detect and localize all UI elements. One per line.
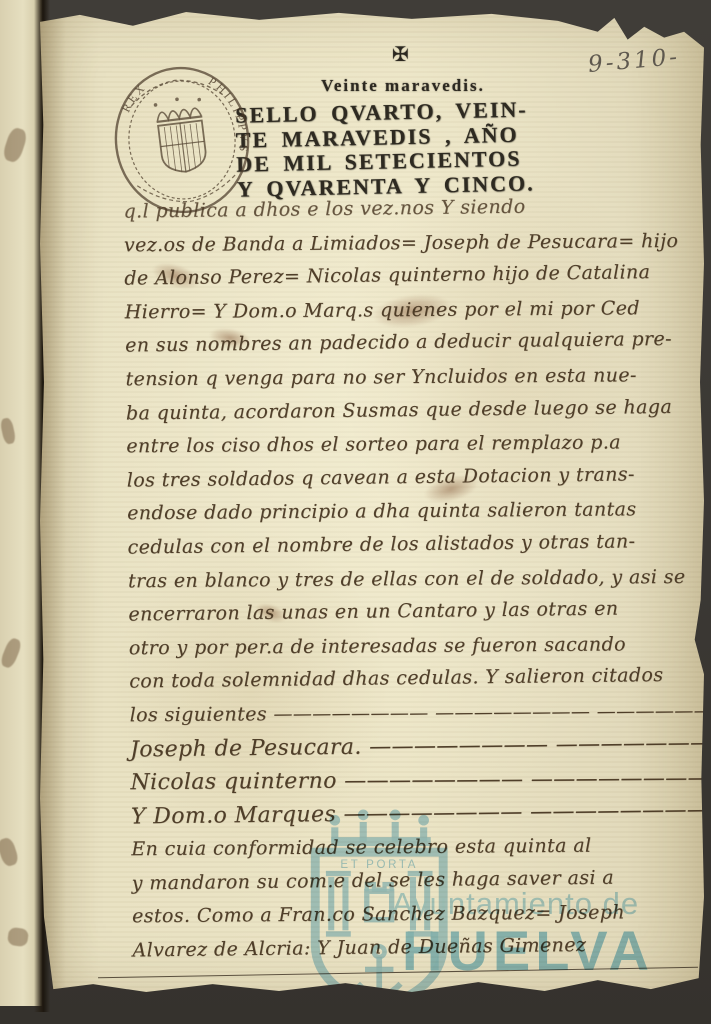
manuscript-line: los siguientes ———————— ———————— ———————… <box>130 695 710 733</box>
manuscript-line: tension q venga para no ser Yncluidos en… <box>125 359 705 397</box>
document-page: 9-310- ✠ Veinte maravedis. SELLO QVARTO,… <box>40 6 704 996</box>
folio-number: 9-310- <box>587 44 681 78</box>
bleedthrough-mark <box>1 126 29 164</box>
bleedthrough-mark <box>7 927 29 948</box>
tax-line: Veinte maravedis. <box>278 76 528 96</box>
manuscript-line: tras en blanco y tres de ellas con el de… <box>128 560 708 598</box>
manuscript-line: endose dado principio a dha quinta salie… <box>127 493 707 531</box>
manuscript-line: Nicolas quinterno ———————— ———————— <box>130 762 710 800</box>
archive-photo-background: 9-310- ✠ Veinte maravedis. SELLO QVARTO,… <box>0 0 711 1024</box>
manuscript-line: entre los ciso dhos el sorteo para el re… <box>126 426 706 464</box>
cross-icon: ✠ <box>392 42 409 66</box>
manuscript-line: otro y por per.a de interesadas se fuero… <box>129 627 709 665</box>
signature-rule <box>98 967 698 978</box>
manuscript-line: y mandaron su com.e del se les haga save… <box>132 860 711 901</box>
manuscript-line: vez.os de Banda a Limiados= Joseph de Pe… <box>124 224 704 262</box>
manuscript-line: Hierro= Y Dom.o Marq.s quienes por el mi… <box>125 292 705 330</box>
manuscript-line: estos. Como a Fran.co Sanchez Bazquez= J… <box>132 896 711 934</box>
stamp-heading: SELLO QVARTO, VEIN- TE MARAVEDIS , AÑO D… <box>235 96 582 201</box>
bleedthrough-mark <box>0 417 17 445</box>
manuscript-line: Y Dom.o Marques ———————— ———————— <box>131 793 711 834</box>
manuscript-text: q.l publica a dhos e los vez.nos Y siend… <box>123 188 711 968</box>
manuscript-line: cedulas con el nombre de los alistados y… <box>127 524 707 565</box>
manuscript-line: Alvarez de Alcria: Y Juan de Dueñas Gime… <box>132 927 711 968</box>
bleedthrough-mark <box>0 836 20 868</box>
manuscript-line: En cuia conformidad se celebro esta quin… <box>131 829 711 867</box>
manuscript-line: los tres soldados q cavean a esta Dotaci… <box>127 457 707 498</box>
bleedthrough-mark <box>0 636 23 669</box>
binding-crease <box>40 6 66 996</box>
manuscript-line: q.l publica a dhos e los vez.nos Y siend… <box>123 188 703 229</box>
